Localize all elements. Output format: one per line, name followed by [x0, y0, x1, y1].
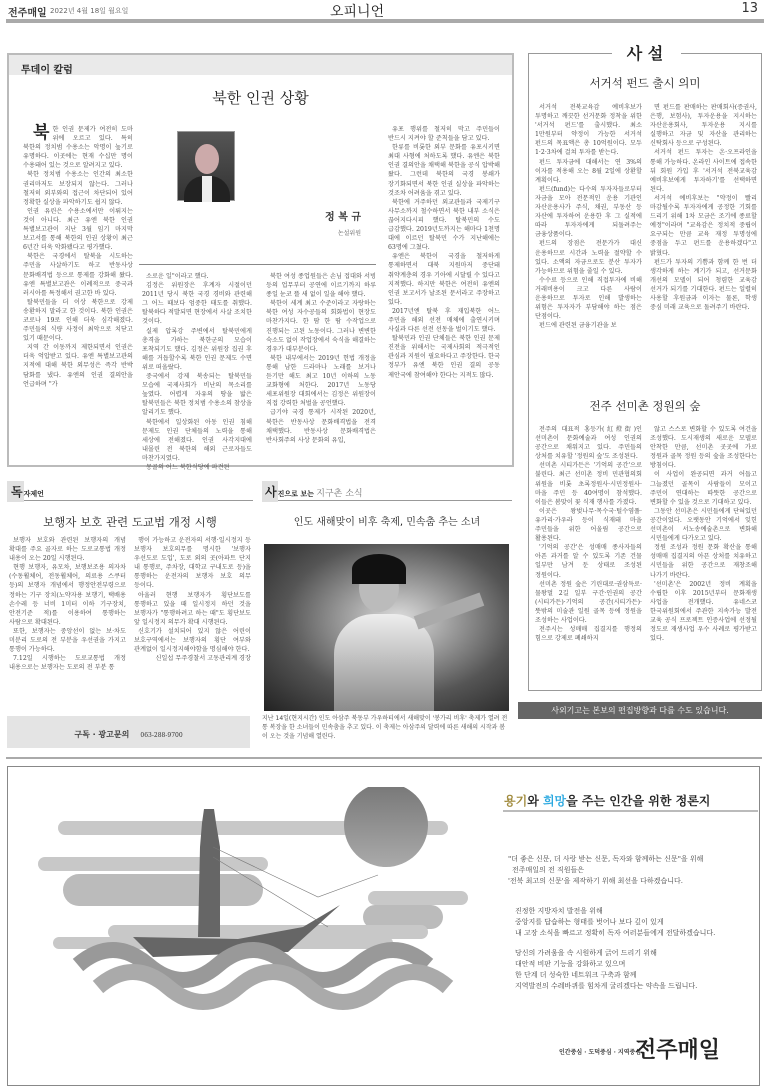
editorial-1-title[interactable]: 서거석 펀드 출시 의미: [529, 75, 761, 91]
photo-caption: 지난 14일(현지시간) 인도 아삼주 북동부 가우하티에서 새해맞이 '봉가리…: [262, 714, 510, 741]
festival-photo[interactable]: [264, 544, 509, 711]
column-lead: 북 한 인권 문제가 여전히 도마 위에 오르고 있다. 특히 북한의 정치범 …: [23, 125, 133, 170]
section-title: 오피니언: [330, 1, 384, 21]
editorial-box: 사 설 서거석 펀드 출시 의미 서거석 전북교육감 예비후보가 투명하고 깨끗…: [528, 53, 762, 691]
issue-date: 2022년 4월 18일 월요일: [50, 6, 128, 16]
editorial-banner: 사 설: [529, 41, 761, 64]
ad-tagline: 인간중심 · 도덕중심 · 지역중심: [559, 1047, 641, 1056]
contact-label: 구독 · 광고문의: [74, 730, 129, 739]
local-title[interactable]: 보행자 보호 관련 도교법 개정 시행: [7, 514, 253, 530]
photo-title[interactable]: 인도 새해맞이 비후 축제, 민속춤 추는 소녀: [262, 513, 512, 528]
local-opinion: 독자제언 보행자 보호 관련 도교법 개정 시행 보행자 보호와 관련된 보행자…: [7, 481, 253, 696]
ad-logo: 전주매일: [635, 1033, 720, 1064]
local-col-2: 행이 가능하고 운전자의 서행·일시정지 등 보행자 보호의무를 명시한 '보행…: [134, 536, 251, 663]
opinion-notice: 사외기고는 본보의 편집방향과 다를 수도 있습니다.: [518, 702, 762, 719]
editorial-2-col-1: 전주의 대표적 홍등가(紅燈街)인 선미촌이 문화예술과 여성 인권의 공간으로…: [535, 425, 642, 643]
author-photo: [177, 131, 235, 201]
column-tab: 투데이 칼럼: [9, 55, 512, 75]
today-column: 투데이 칼럼 북한 인권 상황 북 한 인권 문제가 여전히 도마 위에 오르고…: [7, 53, 514, 467]
column-tab-label: 투데이 칼럼: [21, 65, 73, 76]
photo-tab: 사진으로 보는 지구촌 소식: [262, 481, 512, 501]
ad-paragraph-1: "더 좋은 신문, 더 사랑 받는 신문, 독자와 함께하는 신문"을 위해 전…: [508, 854, 703, 887]
local-byline: 신일섭 무주경찰서 고동관리계 경장: [134, 654, 251, 663]
page-number: 13: [741, 1, 758, 16]
photo-news: 사진으로 보는 지구촌 소식 인도 새해맞이 비후 축제, 민속춤 추는 소녀: [262, 481, 512, 721]
column-title[interactable]: 북한 인권 상황: [9, 87, 512, 108]
mid-rule: [6, 757, 762, 759]
ad-slogan: 용기와 희망을 주는 인간을 위한 정론지: [504, 792, 710, 809]
column-col-3: 북한 여성 종업원들은 손님 접대와 서빙 등의 업무부터 공연에 이르기까지 …: [266, 272, 376, 445]
editorial-2-col-2: 않고 스스로 변화할 수 있도록 여건을 조성했다. 도시재생의 새로운 모델로…: [650, 425, 757, 643]
header-rule: [6, 19, 764, 23]
local-tab: 독자제언: [7, 481, 253, 501]
column-col-1: 북 한 인권 문제가 여전히 도마 위에 오르고 있다. 특히 북한의 정치범 …: [23, 125, 133, 389]
local-tab-big: 독: [7, 481, 24, 502]
author-name: 정 복 규: [325, 208, 361, 223]
newspaper-ad: 용기와 희망을 주는 인간을 위한 정론지 "더 좋은 신문, 더 사랑 받는 …: [7, 766, 760, 1086]
author-box: 정 복 규 논설위원: [139, 125, 376, 265]
contact-box: 구독 · 광고문의 063-288-9700: [7, 716, 250, 748]
local-col-1: 보행자 보호와 관련된 보행자의 개념 확대를 주요 골자로 하는 도로교통법 …: [9, 536, 126, 672]
photo-tab-big: 사: [262, 481, 278, 502]
paper-name: 전주매일: [8, 4, 47, 19]
drop-cap: 북: [33, 125, 49, 142]
contact-phone: 063-288-9700: [140, 732, 182, 739]
local-tab-rest: 자제언: [24, 490, 44, 498]
ship-illustration: [8, 787, 478, 1087]
editorial-2-title[interactable]: 전주 선미촌 정원의 숲: [529, 398, 761, 414]
ad-paragraph-2: 진정한 지방자치 발전을 위해 중앙지를 답습하는 형태를 벗어나 보다 깊이 …: [515, 906, 715, 939]
column-col-2: 소로운 일"이라고 했다. 김정은 위원장은 후계자 시절이던 2011년 당시…: [142, 272, 252, 472]
editorial-1-col-2: 면 펀드를 판매하는 판매회사(증권사, 은행, 보험사), 투자운용을 지시하…: [650, 103, 757, 312]
column-col-4: 유포 행위를 철저히 막고 주민들이 반드시 지켜야 할 준칙들을 담고 있다.…: [388, 125, 500, 380]
ad-paragraph-3: 당신의 가려움을 속 시원하게 긁어 드리기 위해 대안적 비판 기능을 강화하…: [515, 948, 697, 992]
author-role: 논설위원: [338, 228, 361, 237]
ad-slogan-rule: [503, 810, 758, 812]
editorial-1-col-1: 서거석 전북교육감 예비후보가 투명하고 깨끗한 선거문화 정착을 위한 '서거…: [535, 103, 642, 330]
